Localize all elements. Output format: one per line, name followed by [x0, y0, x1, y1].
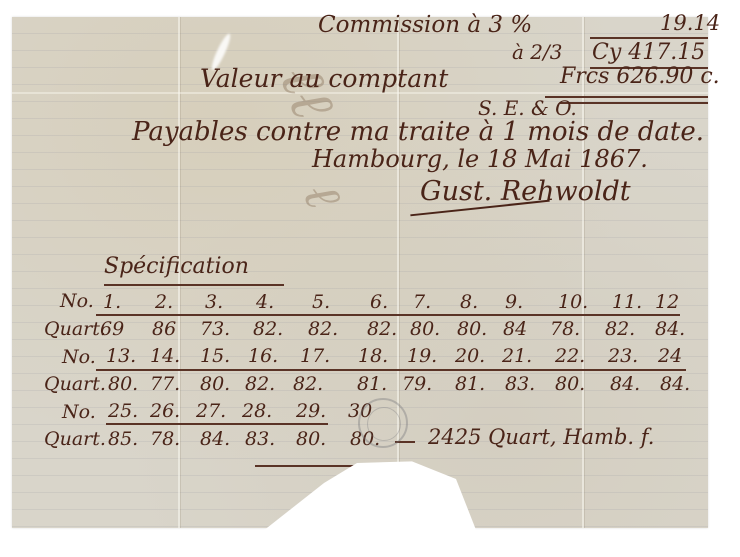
quart-cell: 80. [200, 373, 230, 395]
quart-cell: 82. [293, 373, 323, 395]
number-cell: 7. [413, 291, 431, 313]
number-cell: 20. [455, 345, 485, 367]
total-quarts: 2425 Quart, Hamb. f. [428, 425, 654, 449]
quart-cell: 80. [296, 428, 326, 450]
number-cell: 27. [196, 400, 226, 422]
number-cell: 10. [558, 291, 588, 313]
number-cell: 18. [358, 345, 388, 367]
number-cell: 29. [296, 400, 326, 422]
quart-cell: 83. [245, 428, 275, 450]
quart-cell: 69 [100, 318, 124, 340]
postal-stamp-inner-ring [367, 407, 401, 441]
postal-stamp [358, 398, 408, 448]
no-label: No. [62, 346, 96, 368]
number-cell: 28. [242, 400, 272, 422]
number-cell: 1. [103, 291, 121, 313]
quart-cell: 84. [660, 373, 690, 395]
number-cell: 9. [505, 291, 523, 313]
rule [96, 314, 680, 316]
commission-value: 19.14 [660, 11, 720, 35]
quart-cell: 84. [655, 318, 685, 340]
number-cell: 22. [555, 345, 585, 367]
rule [104, 284, 284, 286]
quart-cell: 82. [367, 318, 397, 340]
exchange-label: à 2/3 [512, 40, 562, 64]
quart-cell: 78. [150, 428, 180, 450]
quart-cell: 84. [610, 373, 640, 395]
quart-cell: 81. [357, 373, 387, 395]
quart-cell: 82. [605, 318, 635, 340]
number-cell: 8. [460, 291, 478, 313]
quart-cell: 73. [200, 318, 230, 340]
quart-cell: 80. [410, 318, 440, 340]
payment-terms: Payables contre ma traite à 1 mois de da… [132, 117, 704, 147]
number-cell: 5. [312, 291, 330, 313]
quart-cell: 82. [308, 318, 338, 340]
rule [96, 369, 686, 371]
place-date: Hambourg, le 18 Mai 1867. [312, 145, 648, 173]
number-cell: 11. [612, 291, 642, 313]
number-cell: 2. [155, 291, 173, 313]
number-cell: 16. [248, 345, 278, 367]
quart-cell: 86 [152, 318, 176, 340]
number-cell: 24 [658, 345, 682, 367]
specification-title: Spécification [104, 254, 249, 279]
no-label: No. [60, 290, 94, 312]
number-cell: 4. [256, 291, 274, 313]
quart-cell: 82. [245, 373, 275, 395]
number-cell: 14. [150, 345, 180, 367]
number-cell: 3. [205, 291, 223, 313]
quart-cell: 80. [457, 318, 487, 340]
number-cell: 17. [300, 345, 330, 367]
rule [560, 102, 708, 104]
quart-cell: 77. [150, 373, 180, 395]
number-cell: 6. [370, 291, 388, 313]
quart-label: Quart. [44, 318, 106, 340]
bleed-through-ink: ℓ [292, 176, 354, 215]
quart-cell: 78. [550, 318, 580, 340]
total-label: Valeur au comptant [200, 64, 448, 93]
quart-cell: 80. [108, 373, 138, 395]
quart-cell: 79. [402, 373, 432, 395]
exchange-value: Cy 417.15 [592, 40, 705, 65]
number-cell: 12 [655, 291, 679, 313]
quart-label: Quart. [44, 428, 106, 450]
number-cell: 25. [108, 400, 138, 422]
quart-cell: 84 [503, 318, 527, 340]
no-label: No. [62, 401, 96, 423]
quart-cell: 83. [505, 373, 535, 395]
quart-cell: 85. [108, 428, 138, 450]
quart-cell: 80. [555, 373, 585, 395]
rule [590, 37, 708, 39]
rule [106, 423, 328, 425]
number-cell: 13. [106, 345, 136, 367]
quart-label: Quart. [44, 373, 106, 395]
quart-cell: 84. [200, 428, 230, 450]
quart-cell: 82. [253, 318, 283, 340]
number-cell: 23. [608, 345, 638, 367]
number-cell: 15. [200, 345, 230, 367]
number-cell: 19. [407, 345, 437, 367]
quart-cell: 81. [455, 373, 485, 395]
total-value: Frcs 626.90 c. [560, 64, 720, 89]
commission-label: Commission à 3 % [318, 12, 532, 38]
number-cell: 21. [502, 345, 532, 367]
number-cell: 26. [150, 400, 180, 422]
